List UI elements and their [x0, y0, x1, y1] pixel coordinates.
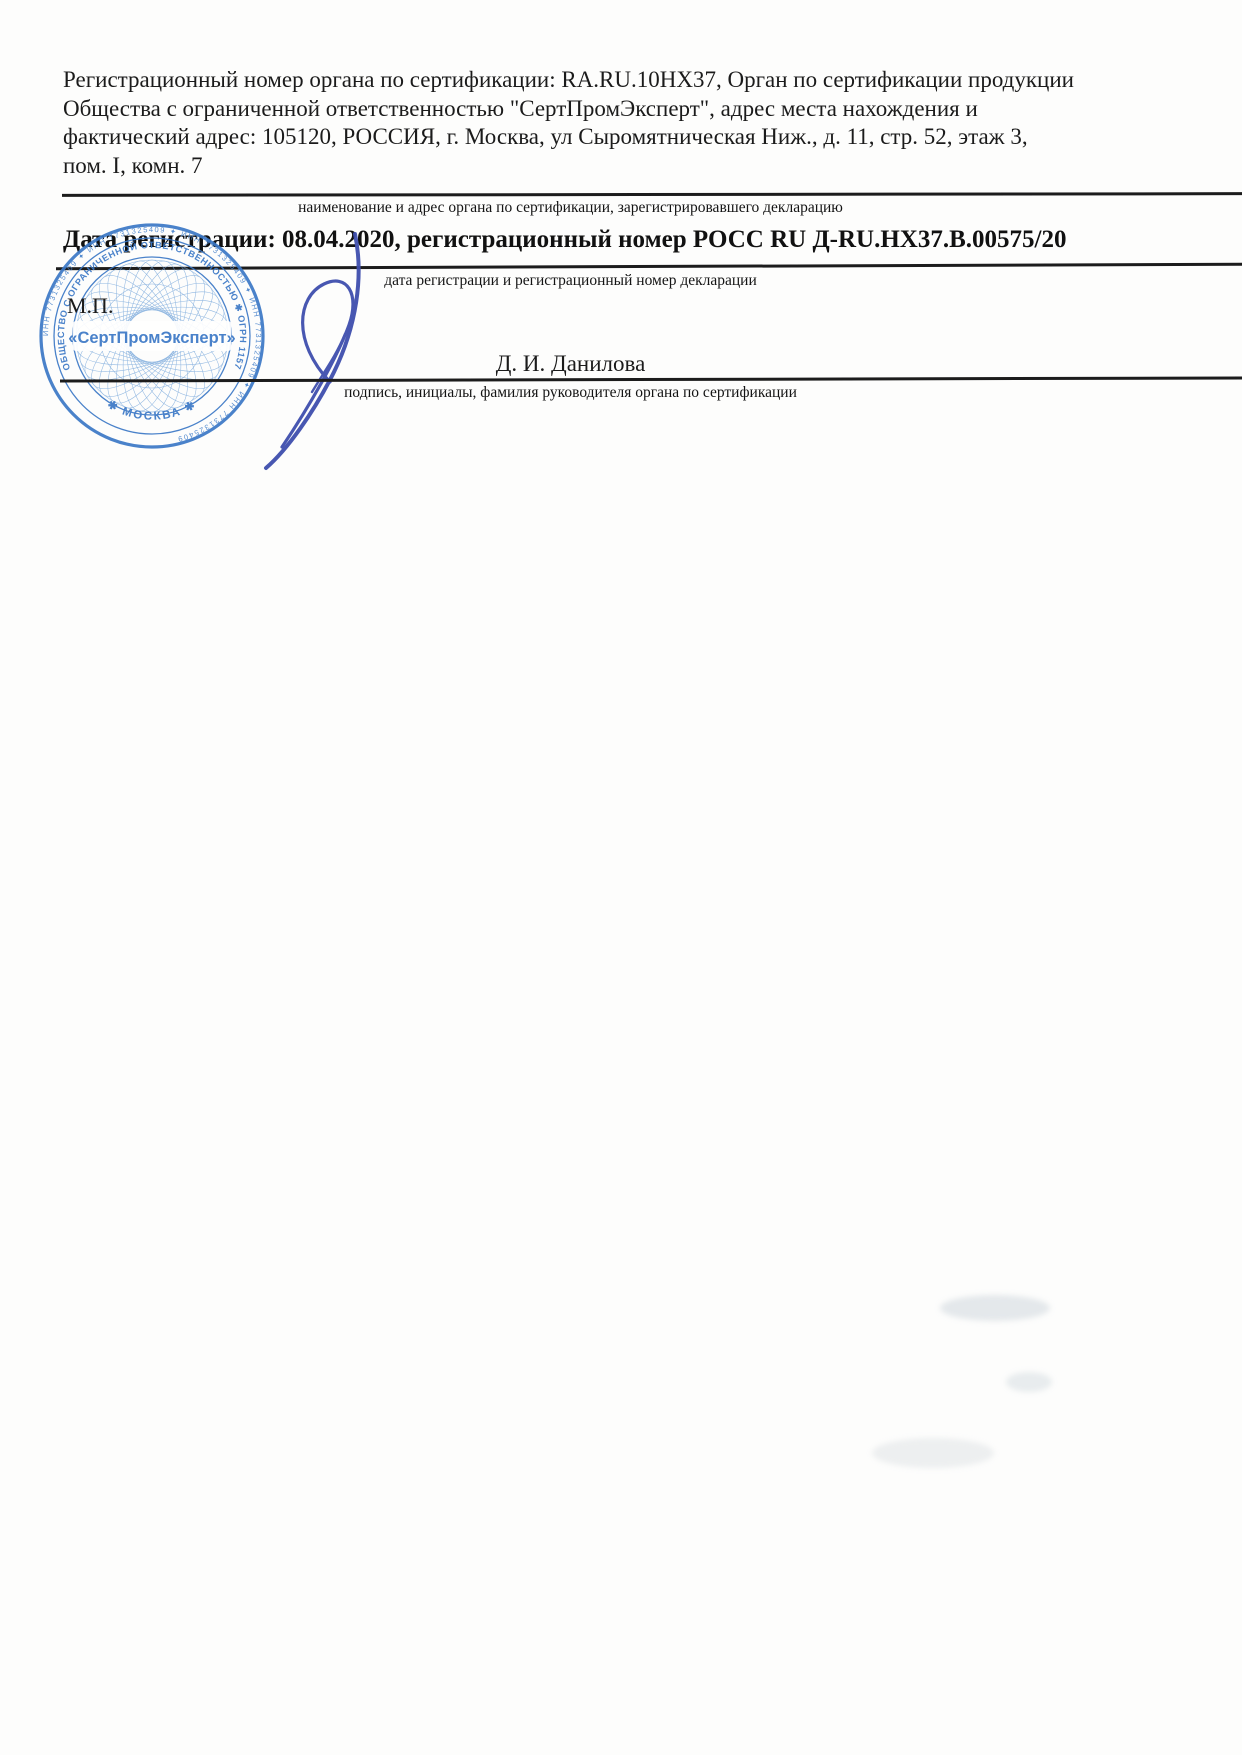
- paragraph-line: Общества с ограниченной ответственностью…: [63, 95, 1074, 124]
- handwritten-signature: [252, 222, 382, 472]
- caption-signature: подпись, инициалы, фамилия руководителя …: [63, 384, 1078, 402]
- scanned-declaration-page: Регистрационный номер органа по сертифик…: [0, 0, 1242, 1755]
- seal-placeholder-label: М.П.: [67, 293, 113, 319]
- paragraph-line: фактический адрес: 105120, РОССИЯ, г. Мо…: [63, 123, 1074, 152]
- paragraph-line: пом. I, комн. 7: [63, 152, 1074, 181]
- stamp-ring-bottom-text: ✱ МОСКВА ✱: [105, 399, 199, 423]
- stamp-company-name: «СертПромЭксперт»: [68, 329, 235, 347]
- head-of-body-name: Д. И. Данилова: [63, 351, 1078, 377]
- caption-org-name-address: наименование и адрес органа по сертифика…: [63, 199, 1078, 217]
- scan-artifact: [872, 1438, 994, 1468]
- scan-artifact: [1006, 1372, 1052, 1392]
- company-seal-stamp: ОБЩЕСТВО С ОГРАНИЧЕННОЙ ОТВЕТСТВЕННОСТЬЮ…: [37, 221, 267, 451]
- scan-artifact: [940, 1295, 1050, 1321]
- ruled-line-org: [62, 192, 1242, 197]
- paragraph-line: Регистрационный номер органа по сертифик…: [63, 66, 1074, 95]
- certification-body-paragraph: Регистрационный номер органа по сертифик…: [63, 66, 1074, 180]
